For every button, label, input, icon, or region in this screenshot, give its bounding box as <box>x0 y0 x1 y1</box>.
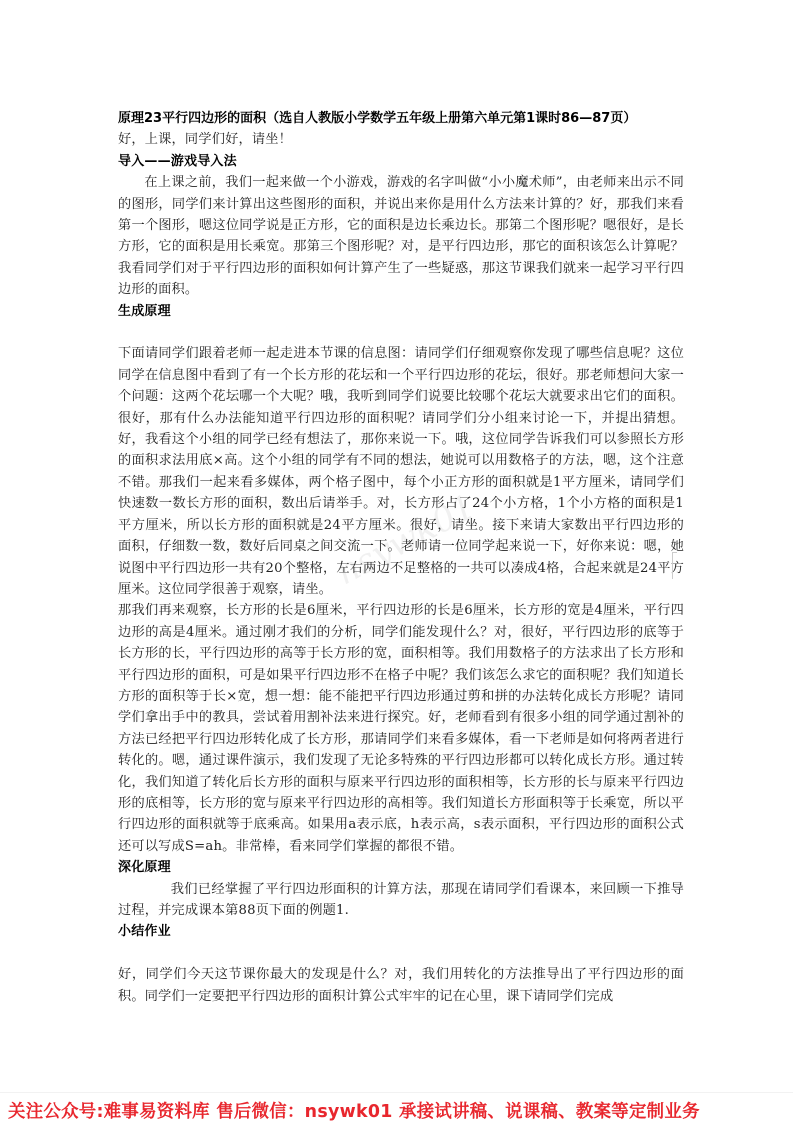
blank-line <box>118 943 684 964</box>
footer-text: 关注公众号:难事易资料库 售后微信：nsywk01 承接试讲稿、说课稿、教案等定… <box>8 1097 700 1122</box>
section-heading-summary: 小结作业 <box>118 921 684 942</box>
document-page: 原理23平行四边形的面积（选自人教版小学数学五年级上册第六单元第1课时86—87… <box>118 108 684 1007</box>
blank-line <box>118 322 684 343</box>
section-heading-generate: 生成原理 <box>118 301 684 322</box>
document-title: 原理23平行四边形的面积（选自人教版小学数学五年级上册第六单元第1课时86—87… <box>118 108 684 129</box>
section-heading-intro: 导入——游戏导入法 <box>118 151 684 172</box>
generate-paragraph-1: 下面请同学们跟着老师一起走进本节课的信息图：请同学们仔细观察你发现了哪些信息呢？… <box>118 343 684 600</box>
intro-paragraph: 在上课之前，我们一起来做一个小游戏，游戏的名字叫做“小小魔术师”，由老师来出示不… <box>118 172 684 300</box>
section-heading-deepen: 深化原理 <box>118 857 684 878</box>
corner-mark <box>672 552 677 579</box>
deepen-paragraph: 我们已经掌握了平行四边形面积的计算方法，那现在请同学们看课本，来回顾一下推导过程… <box>118 879 684 922</box>
footer-banner: 关注公众号:难事易资料库 售后微信：nsywk01 承接试讲稿、说课稿、教案等定… <box>0 1092 793 1122</box>
summary-paragraph: 好，同学们今天这节课你最大的发现是什么？对，我们用转化的方法推导出了平行四边形的… <box>118 964 684 1007</box>
generate-paragraph-2: 那我们再来观察，长方形的长是6厘米，平行四边形的长是6厘米，长方形的宽是4厘米，… <box>118 600 684 857</box>
greeting-line: 好，上课，同学们好，请坐！ <box>118 129 684 150</box>
